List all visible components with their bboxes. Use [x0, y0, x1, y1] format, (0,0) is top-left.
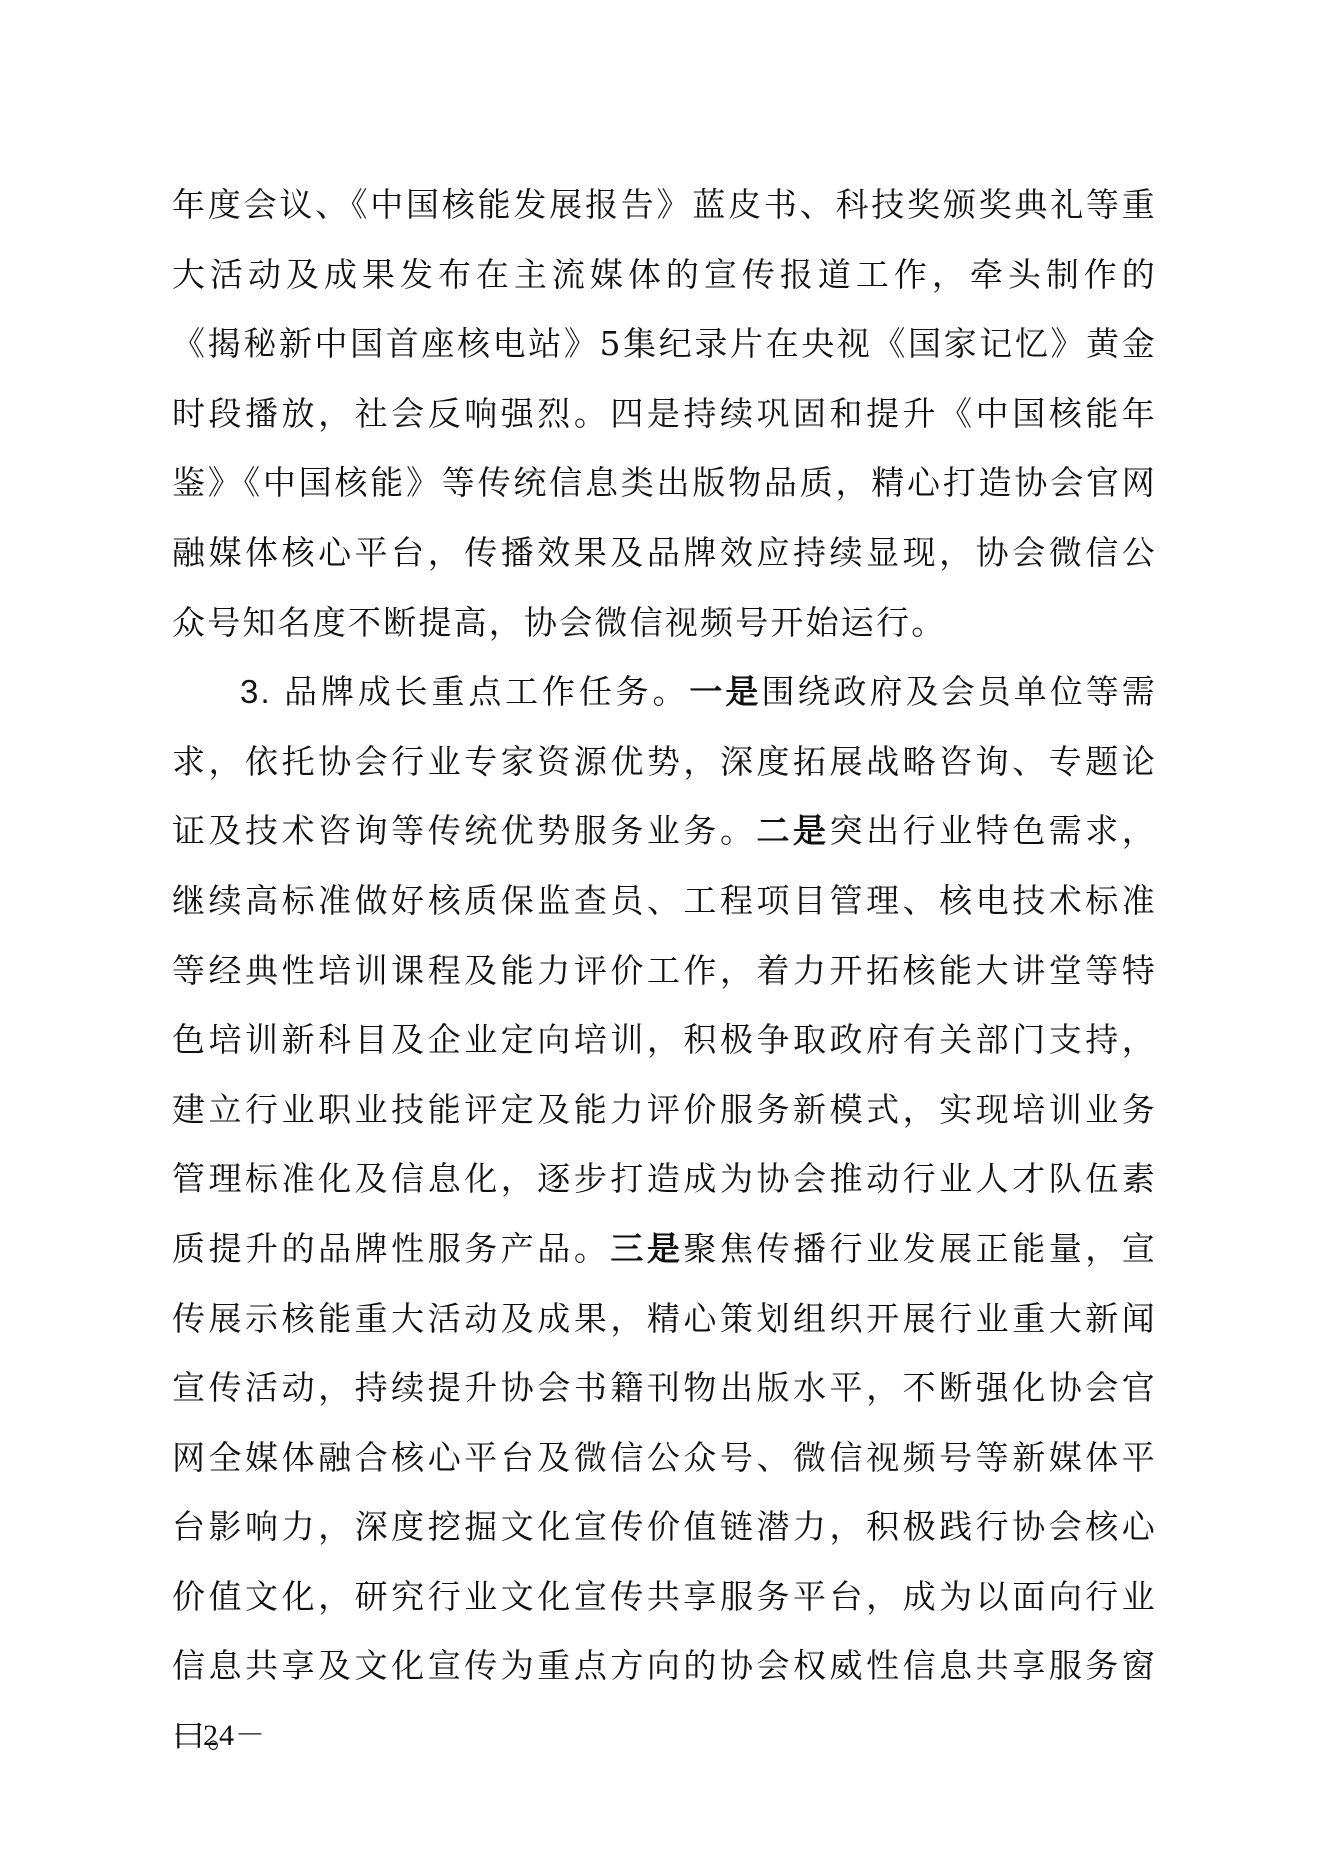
item-marker-third: 三是: [610, 1229, 683, 1268]
document-page: 年度会议、《中国核能发展报告》蓝皮书、科技奖颁奖典礼等重大活动及成果发布在主流媒…: [0, 0, 1323, 1871]
item-marker-first: 一是: [689, 672, 761, 711]
paragraph-continuation: 年度会议、《中国核能发展报告》蓝皮书、科技奖颁奖典礼等重大活动及成果发布在主流媒…: [172, 170, 1157, 657]
item-marker-second: 二是: [756, 811, 829, 850]
item-text-third: 聚焦传播行业发展正能量，宣传展示核能重大活动及成果，精心策划组织开展行业重大新闻…: [172, 1229, 1157, 1755]
item-text-second: 突出行业特色需求，继续高标准做好核质保监查员、工程项目管理、核电技术标准等经典性…: [172, 811, 1157, 1268]
section-number: 3.: [240, 673, 284, 710]
paragraph-text: 年度会议、《中国核能发展报告》蓝皮书、科技奖颁奖典礼等重大活动及成果发布在主流媒…: [172, 185, 1157, 642]
document-body: 年度会议、《中国核能发展报告》蓝皮书、科技奖颁奖典礼等重大活动及成果发布在主流媒…: [172, 170, 1157, 1771]
paragraph-brand-growth-tasks: 3. 品牌成长重点工作任务。一是围绕政府及会员单位等需求，依托协会行业专家资源优…: [172, 657, 1157, 1771]
page-number: －24－: [172, 1710, 266, 1754]
section-heading: 品牌成长重点工作任务。: [284, 672, 689, 711]
